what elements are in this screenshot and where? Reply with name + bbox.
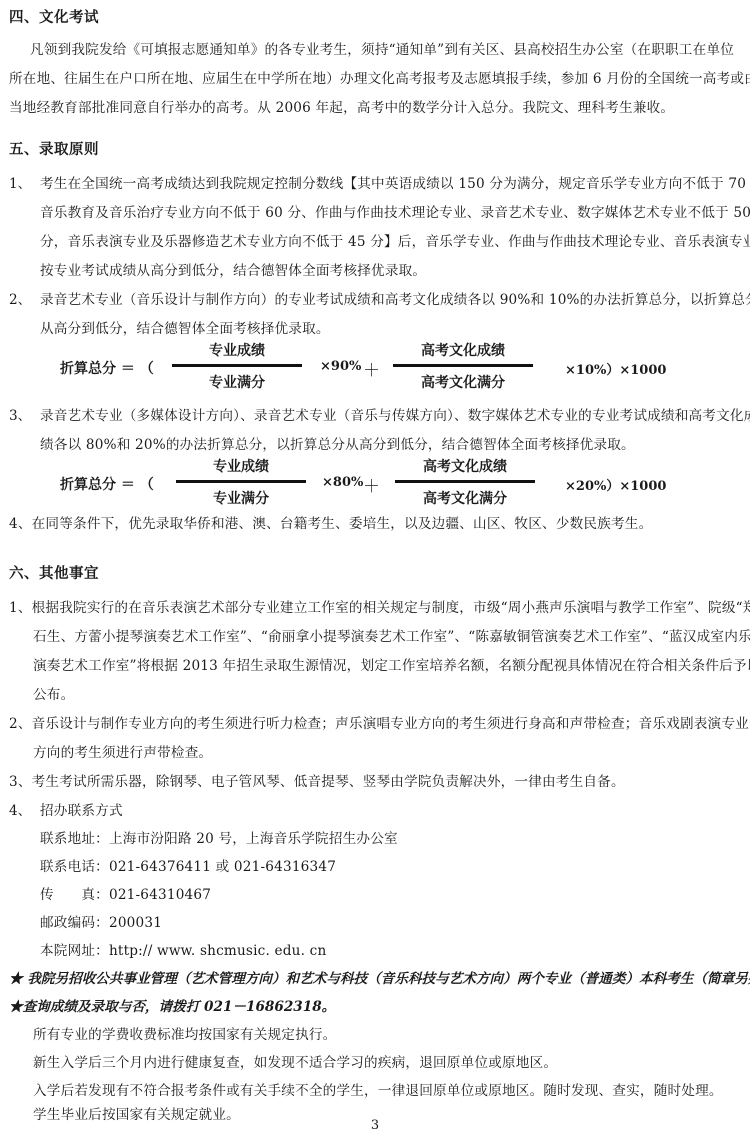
section-heading-other-matters: 六、其他事宜 [9, 562, 99, 583]
list-item-line: 录音艺术专业（多媒体设计方向）、录音艺术专业（音乐与传媒方向）、数字媒体艺术专业… [40, 404, 750, 424]
list-item-line: 公布。 [33, 683, 74, 703]
list-number: 4、 [9, 799, 31, 819]
star-note-score-inquiry: ★查询成绩及录取与否，请拨打 021－16862318。 [9, 995, 335, 1015]
contact-address: 联系地址：上海市汾阳路 20 号，上海音乐学院招生办公室 [40, 827, 398, 847]
list-item-line: 音乐教育及音乐治疗专业方向不低于 60 分、作曲与作曲技术理论专业、录音艺术专业… [40, 201, 750, 221]
list-item-line: 演奏艺术工作室”将根据 2013 年招生录取生源情况，划定工作室培养名额，名额分… [33, 654, 750, 674]
closing-line: 所有专业的学费收费标准均按国家有关规定执行。 [33, 1023, 336, 1043]
plus-sign: ＋ [363, 472, 380, 497]
formula-total-score-90-10: 折算总分 ＝ （ 专业成绩 专业满分 ×90% ＋ 高考文化成绩 高考文化满分 … [0, 340, 750, 398]
list-item-line: 3、考生考试所需乐器，除钢琴、电子管风琴、低音提琴、竖琴由学院负责解决外，一律由… [9, 770, 625, 790]
formula-tail: ×20%）×1000 [565, 475, 666, 494]
contact-website[interactable]: 本院网址：http:// www. shcmusic. edu. cn [40, 939, 326, 959]
list-item-line: 从高分到低分，结合德智体全面考核择优录取。 [40, 317, 330, 337]
list-item-line: 分，音乐表演专业及乐器修造艺术专业方向不低于 45 分】后，音乐学专业、作曲与作… [40, 230, 750, 250]
list-item-line: 1、根据我院实行的在音乐表演艺术部分专业建立工作室的相关规定与制度，市级“周小燕… [9, 596, 750, 616]
list-item-line: 考生在全国统一高考成绩达到我院规定控制分数线【其中英语成绩以 150 分为满分，… [40, 172, 750, 192]
formula-total-score-80-20: 折算总分 ＝ （ 专业成绩 专业满分 ×80% ＋ 高考文化成绩 高考文化满分 … [0, 456, 750, 514]
list-item-line: 方向的考生须进行声带检查。 [33, 741, 212, 761]
document-page: 四、文化考试 凡领到我院发给《可填报志愿通知单》的各专业考生，须持“通知单”到有… [0, 0, 750, 1142]
multiplier: ×80% [322, 475, 363, 490]
list-item-line: 4、在同等条件下，优先录取华侨和港、澳、台籍考生、委培生，以及边疆、山区、牧区、… [9, 512, 652, 532]
list-item-line: 绩各以 80%和 20%的办法折算总分，以折算总分从高分到低分，结合德智体全面考… [40, 433, 635, 453]
list-item-line: 录音艺术专业（音乐设计与制作方向）的专业考试成绩和高考文化成绩各以 90%和 1… [40, 288, 750, 308]
denominator: 专业满分 [176, 488, 306, 508]
formula-lead: 折算总分 ＝ （ [60, 358, 154, 378]
contact-fax: 传 真：021-64310467 [40, 883, 211, 903]
contact-phone: 联系电话：021-64376411 或 021-64316347 [40, 855, 336, 875]
list-number: 1、 [9, 172, 31, 192]
denominator: 高考文化满分 [395, 488, 535, 508]
page-number: 3 [0, 1118, 750, 1133]
multiplier: ×90% [320, 359, 361, 374]
list-item-line: 按专业考试成绩从高分到低分，结合德智体全面考核择优录取。 [40, 259, 426, 279]
numerator: 专业成绩 [176, 456, 306, 476]
fraction-bar [172, 364, 302, 367]
star-note-additional-majors: ★ 我院另招收公共事业管理（艺术管理方向）和艺术与科技（音乐科技与艺术方向）两个… [9, 967, 750, 987]
contact-postcode: 邮政编码：200031 [40, 911, 162, 931]
closing-line: 入学后若发现有不符合报考条件或有关手续不全的学生，一律退回原单位或原地区。随时发… [33, 1079, 723, 1099]
list-number: 3、 [9, 404, 31, 424]
paragraph-line: 凡领到我院发给《可填报志愿通知单》的各专业考生，须持“通知单”到有关区、县高校招… [30, 38, 734, 58]
formula-tail: ×10%）×1000 [565, 359, 666, 378]
contact-heading: 招办联系方式 [40, 799, 123, 819]
denominator: 高考文化满分 [393, 372, 533, 392]
numerator: 专业成绩 [172, 340, 302, 360]
formula-lead: 折算总分 ＝ （ [60, 474, 154, 494]
paragraph-line: 当地经教育部批准同意自行举办的高考。从 2006 年起，高考中的数学分计入总分。… [9, 96, 674, 116]
numerator: 高考文化成绩 [393, 340, 533, 360]
fraction-bar [393, 364, 533, 367]
denominator: 专业满分 [172, 372, 302, 392]
list-number: 2、 [9, 288, 31, 308]
section-heading-admission-principles: 五、录取原则 [9, 138, 99, 159]
list-item-line: 2、音乐设计与制作专业方向的考生须进行听力检查；声乐演唱专业方向的考生须进行身高… [9, 712, 749, 732]
paragraph-line: 所在地、往届生在户口所在地、应届生在中学所在地）办理文化高考报考及志愿填报手续，… [9, 67, 750, 87]
fraction-bar [395, 480, 535, 483]
fraction-bar [176, 480, 306, 483]
section-heading-culture-exam: 四、文化考试 [9, 6, 99, 27]
numerator: 高考文化成绩 [395, 456, 535, 476]
plus-sign: ＋ [363, 356, 380, 381]
closing-line: 新生入学后三个月内进行健康复查，如发现不适合学习的疾病，退回原单位或原地区。 [33, 1051, 557, 1071]
list-item-line: 石生、方蕾小提琴演奏艺术工作室”、“俞丽拿小提琴演奏艺术工作室”、“陈嘉敏铜管演… [33, 625, 750, 645]
